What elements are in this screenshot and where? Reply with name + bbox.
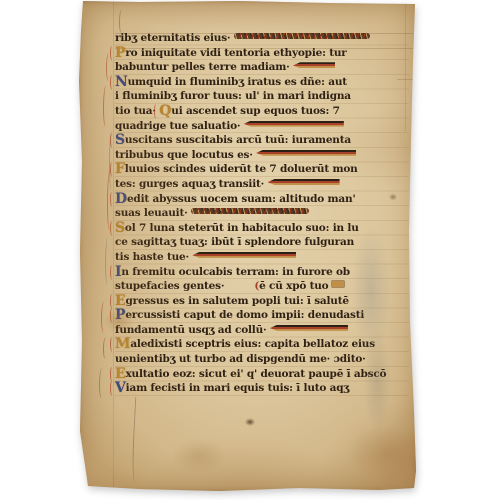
decorated-initial: S — [115, 135, 125, 145]
text-segment: uenientibʒ ut turbo ad dispgendū me· ɔdi… — [115, 353, 366, 365]
text-segment: quadrige tue saluatio· — [115, 120, 244, 132]
crease-line — [131, 397, 142, 483]
text-segment: ce sagittaʒ tuaʒ: ibūt ī splendore fulgu… — [115, 236, 354, 248]
text-line: uenientibʒ ut turbo ad dispgendū me· ɔdi… — [115, 352, 409, 367]
text-segment: umquid in fluminibʒ iratus es dñe: aut — [128, 76, 347, 88]
decorated-initial: I — [115, 267, 121, 277]
text-line: Suscitans suscitabis arcū tuū: iuramenta — [115, 133, 409, 148]
line-filler-ornament — [268, 179, 340, 185]
text-line: Percussisti caput de domo impii: denudas… — [115, 308, 409, 323]
text-line: ce sagittaʒ tuaʒ: ibūt ī splendore fulgu… — [115, 235, 409, 250]
text-segment: uscitans suscitabis arcū tuū: iuramenta — [125, 134, 351, 146]
text-segment: ē cū xpō tuo — [259, 280, 332, 292]
text-line: Maledixisti sceptris eius: capita bellat… — [115, 337, 409, 352]
decorated-initial: S — [115, 223, 125, 233]
penwork-flourish — [119, 9, 124, 33]
text-segment: stupefacies gentes· — [115, 280, 224, 292]
penwork-flourish — [103, 337, 108, 359]
text-segment: xultatio eoz: sicut ei' q' deuorat paupē… — [125, 368, 386, 380]
text-line: Egressus es in salutem popli tui: ī salu… — [115, 294, 409, 309]
decorated-initial: P — [115, 48, 125, 58]
decorated-initial: Q — [159, 106, 171, 116]
text-line: Sol 7 luna steterūt in habitaculo suo: i… — [115, 221, 409, 236]
text-segment: suas leuauit· — [115, 207, 191, 219]
penwork-flourish — [103, 85, 109, 127]
line-filler-ornament — [270, 325, 348, 331]
text-segment: tis haste tue· — [115, 251, 192, 263]
line-filler-ornament — [256, 150, 356, 156]
text-segment: ui ascendet sup equos tuos: 7 — [171, 105, 339, 117]
text-segment: tio tua· — [115, 105, 159, 117]
line-filler-ornament — [192, 252, 296, 258]
decorated-initial: V — [115, 383, 126, 393]
text-segment: babuntur pelles terre madiam· — [115, 61, 293, 73]
text-line: tio tua· Qui ascendet sup equos tuos: 7 — [115, 104, 409, 119]
text-line: Exultatio eoz: sicut ei' q' deuorat paup… — [115, 367, 409, 382]
text-line: Dedit abyssus uocem suam: altitudo man' — [115, 192, 409, 207]
text-line: Numquid in fluminibʒ iratus es dñe: aut — [115, 75, 409, 90]
text-line: tribubus que locutus es· — [115, 148, 409, 163]
text-line: stupefacies gentes·(ē cū xpō tuo — [115, 279, 409, 294]
line-filler-ornament — [332, 281, 344, 287]
text-segment: tribubus que locutus es· — [115, 149, 256, 161]
text-line: quadrige tue saluatio· — [115, 119, 409, 134]
text-block: ribʒ eternitatis eius· Pro iniquitate vi… — [115, 31, 409, 396]
text-line: babuntur pelles terre madiam· — [115, 60, 409, 75]
decorated-initial: M — [115, 339, 130, 349]
line-filler-ornament — [191, 208, 309, 214]
text-segment: ribʒ eternitatis eius· — [115, 32, 234, 44]
text-line: In fremitu oculcabis terram: in furore o… — [115, 265, 409, 280]
decorated-initial: N — [115, 77, 128, 87]
text-segment: tes: gurges aquaʒ transiit· — [115, 178, 268, 190]
penwork-flourish — [105, 237, 110, 285]
text-line: suas leuauit· — [115, 206, 409, 221]
penwork-flourish — [101, 301, 107, 333]
line-filler-ornament — [293, 62, 335, 68]
text-line: Viam fecisti in mari equis tuis: ī luto … — [115, 381, 409, 396]
text-segment: ol 7 luna steterūt in habitaculo suo: in… — [125, 222, 359, 234]
text-line: ribʒ eternitatis eius· — [115, 31, 409, 46]
text-segment: ro iniquitate vidi tentoria ethyopie: tu… — [125, 47, 346, 59]
text-line: i fluminibʒ furor tuus: ul' in mari indi… — [115, 89, 409, 104]
text-segment: aledixisti sceptris eius: capita bellato… — [130, 338, 375, 350]
decorated-initial: E — [115, 369, 125, 379]
manuscript-leaf-wrapper: ribʒ eternitatis eius· Pro iniquitate vi… — [0, 0, 500, 500]
text-line: fundamentū usqʒ ad collū· — [115, 323, 409, 338]
penwork-flourish — [99, 367, 105, 399]
text-segment: luuios scindes uiderūt te 7 doluerūt mon — [125, 163, 358, 175]
text-segment: fundamentū usqʒ ad collū· — [115, 324, 270, 336]
text-line: tis haste tue· — [115, 250, 409, 265]
photograph-background: { "colors": { "background": "#ffffff", "… — [0, 0, 500, 500]
line-filler-ornament — [244, 121, 344, 127]
decorated-initial: D — [115, 194, 127, 204]
decorated-initial: E — [115, 296, 125, 306]
text-segment: n fremitu oculcabis terram: in furore ob — [121, 266, 350, 278]
manuscript-leaf: ribʒ eternitatis eius· Pro iniquitate vi… — [79, 1, 417, 491]
text-segment: gressus es in salutem popli tui: ī salut… — [125, 295, 348, 307]
decorated-initial: F — [115, 164, 125, 174]
decorated-initial: P — [115, 310, 125, 320]
text-line: Fluuios scindes uiderūt te 7 doluerūt mo… — [115, 162, 409, 177]
line-filler-ornament — [234, 33, 370, 39]
text-segment: edit abyssus uocem suam: altitudo man' — [127, 193, 356, 205]
text-line: Pro iniquitate vidi tentoria ethyopie: t… — [115, 46, 409, 61]
text-line: tes: gurges aquaʒ transiit· — [115, 177, 409, 192]
text-segment: iam fecisti in mari equis tuis: ī luto a… — [126, 382, 350, 394]
text-segment: i fluminibʒ furor tuus: ul' in mari indi… — [115, 90, 351, 102]
text-segment: ercussisti caput de domo impii: denudast… — [125, 309, 364, 321]
